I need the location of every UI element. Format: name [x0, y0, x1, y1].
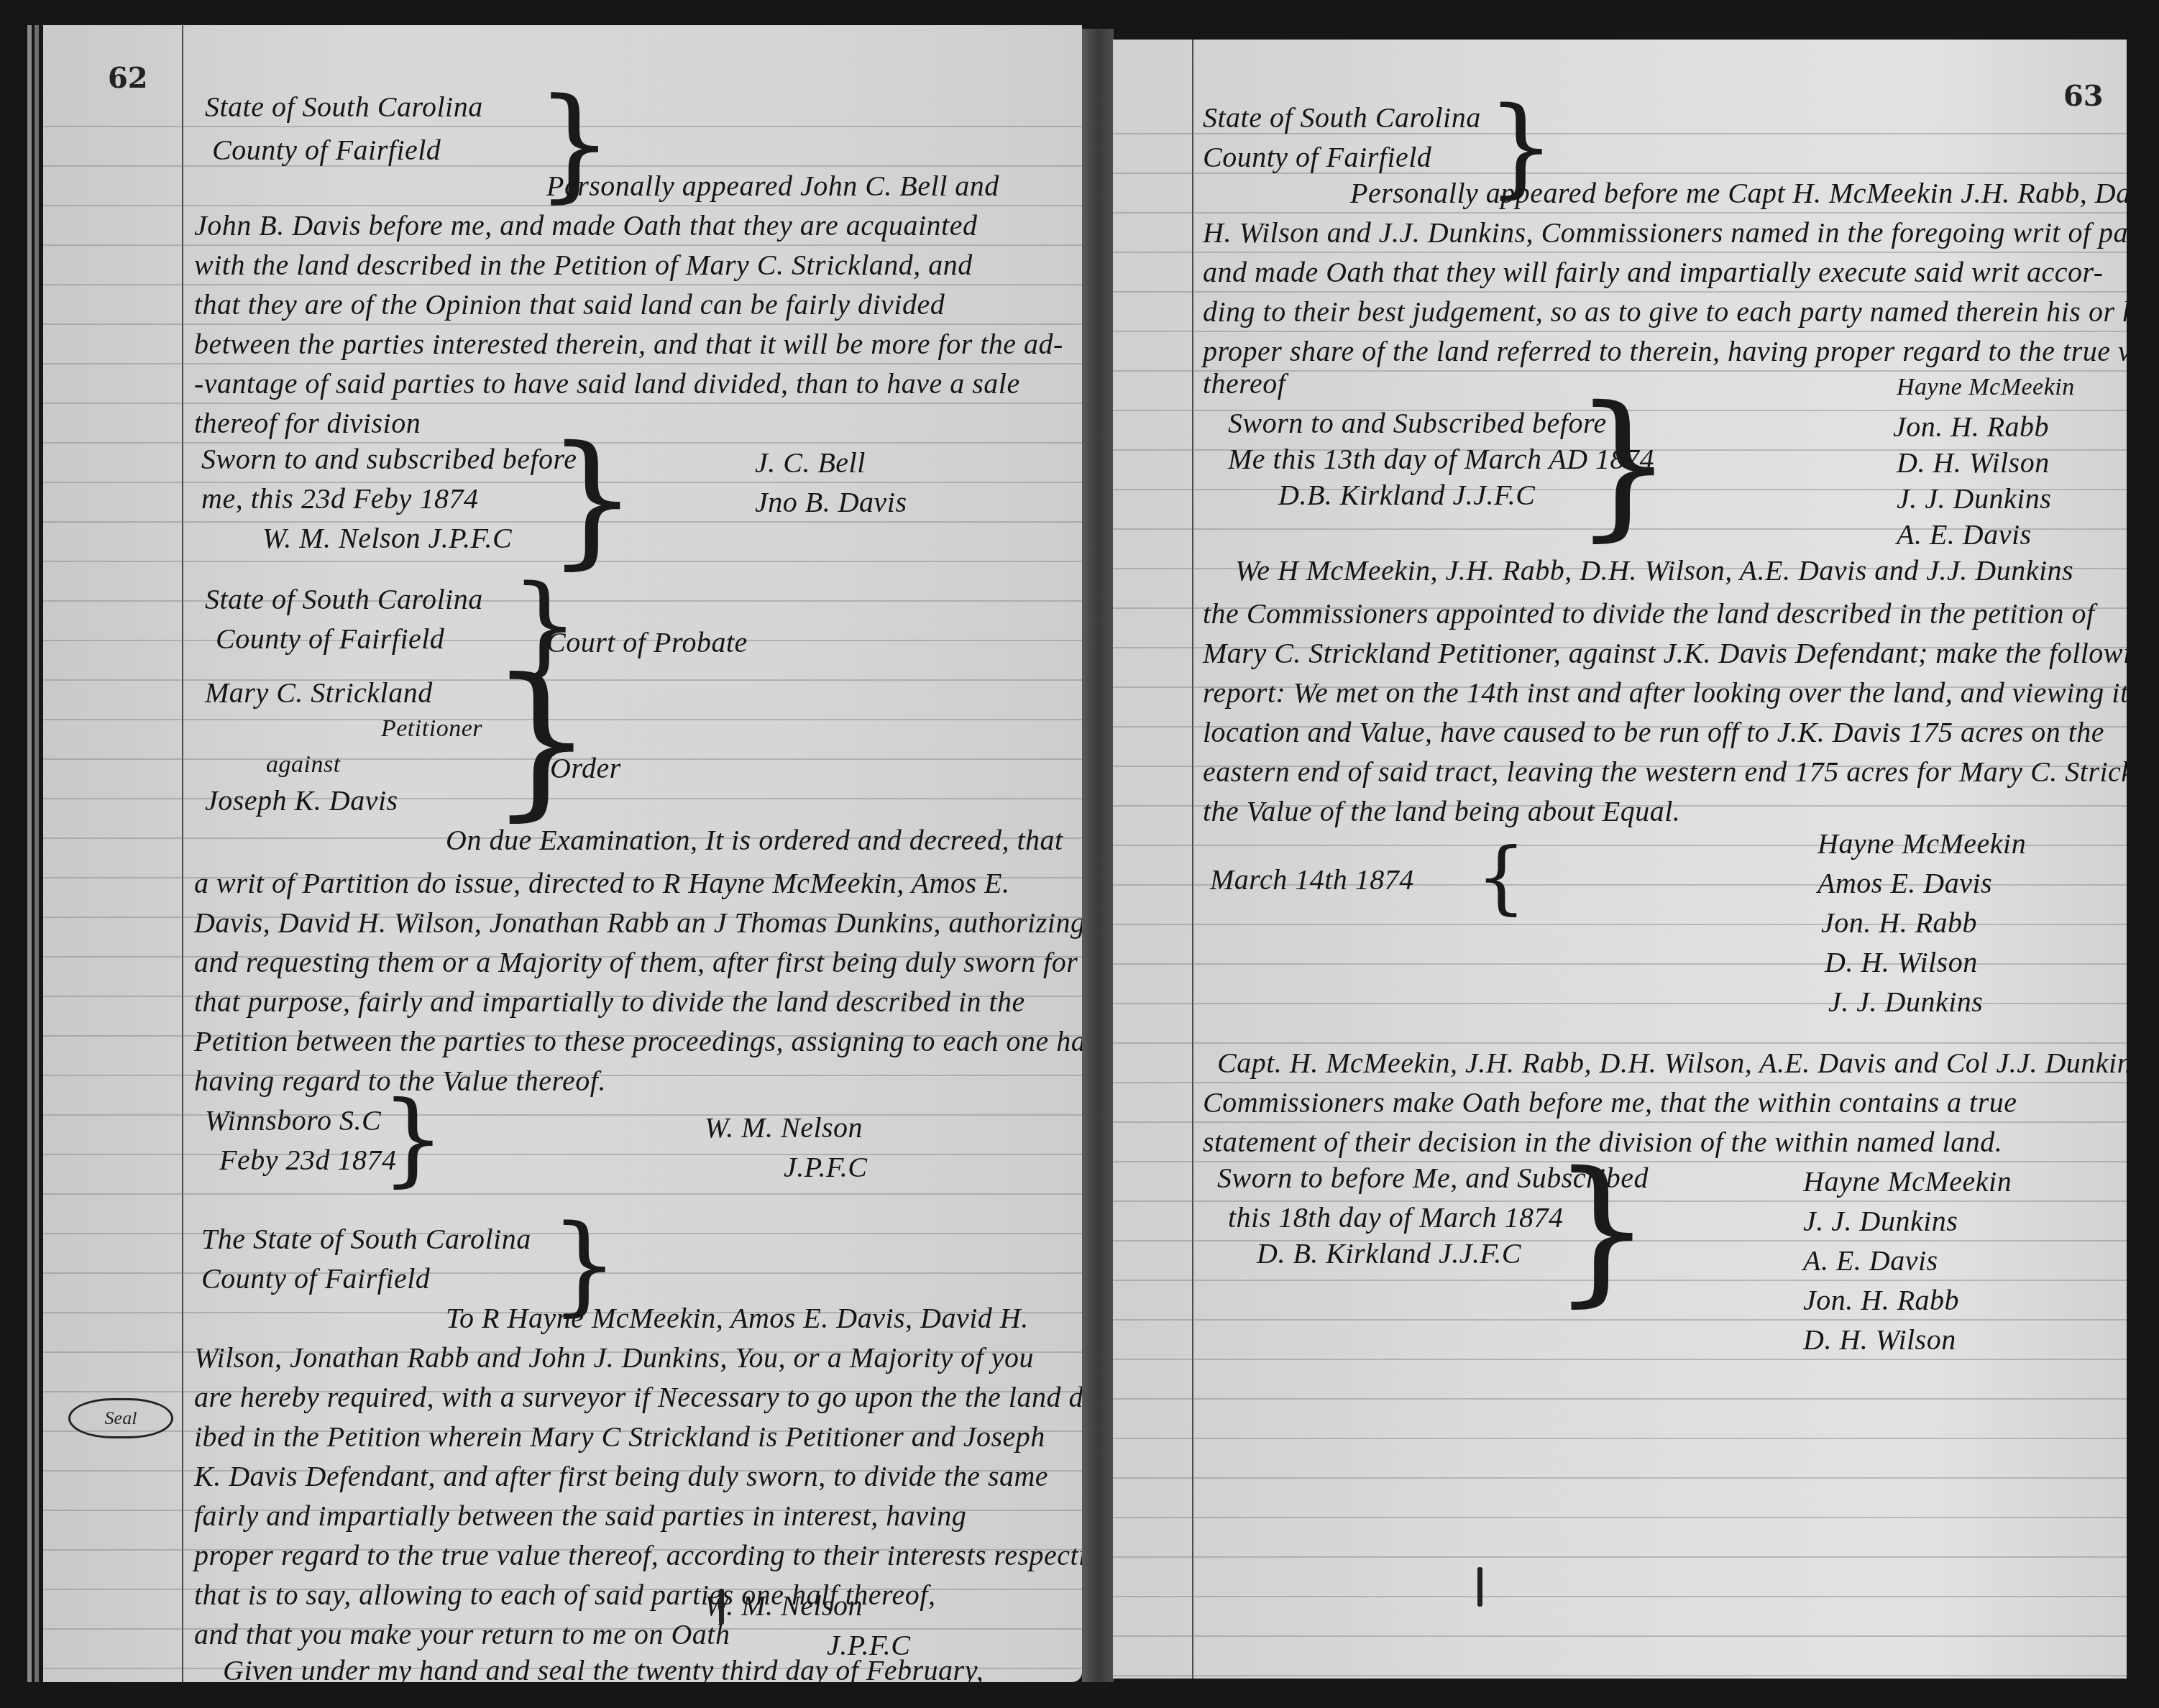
ruled-line — [1113, 1398, 2127, 1400]
text-line: -vantage of said parties to have said la… — [194, 367, 1020, 400]
left-margin-line — [182, 25, 183, 1682]
brace: } — [489, 658, 594, 823]
right-page: 63 State of South Carolina County of Fai… — [1113, 40, 2127, 1679]
ruled-line — [1113, 1121, 2127, 1123]
versus-label: against — [266, 751, 341, 779]
ruled-line — [43, 363, 1082, 364]
left-margin-line — [1192, 40, 1193, 1679]
signature-title: J.P.F.C — [784, 1150, 868, 1184]
jurat-line: this 18th day of March 1874 — [1228, 1200, 1563, 1234]
text-line: Petition between the parties to these pr… — [194, 1024, 1082, 1058]
ruled-line — [1113, 1082, 2127, 1083]
ink-mark — [719, 1589, 724, 1625]
text-line: To R Hayne McMeekin, Amos E. Davis, Davi… — [446, 1301, 1029, 1335]
text-line: that purpose, fairly and impartially to … — [194, 985, 1025, 1019]
text-line: John B. Davis before me, and made Oath t… — [194, 208, 977, 242]
ruled-line — [43, 244, 1082, 246]
ruled-line — [43, 1114, 1082, 1116]
text-line: the Value of the land being about Equal. — [1203, 794, 1680, 828]
caption-state: State of South Carolina — [205, 582, 483, 616]
ruled-line — [1113, 1596, 2127, 1597]
signature: Hayne McMeekin — [1897, 374, 2075, 401]
caption-state: The State of South Carolina — [201, 1222, 531, 1256]
petitioner-role: Petitioner — [381, 715, 482, 743]
text-line: report: We met on the 14th inst and afte… — [1203, 676, 2127, 710]
signature: Hayne McMeekin — [1803, 1165, 2012, 1198]
ruled-line — [1113, 1359, 2127, 1360]
seal-label: Seal — [105, 1408, 137, 1429]
text-line: On due Examination, It is ordered and de… — [446, 823, 1063, 857]
ruled-line — [1113, 1477, 2127, 1479]
ink-mark — [1477, 1567, 1482, 1607]
ruled-line — [43, 1193, 1082, 1195]
text-line: H. Wilson and J.J. Dunkins, Commissioner… — [1203, 216, 2127, 249]
ruled-line — [1113, 1675, 2127, 1676]
text-line: with the land described in the Petition … — [194, 248, 973, 282]
return-date: March 14th 1874 — [1210, 863, 1414, 896]
brace: { — [1476, 837, 1526, 917]
signature: A. E. Davis — [1897, 518, 2032, 551]
text-line: fairly and impartially between the said … — [194, 1499, 966, 1533]
brace: } — [1551, 1150, 1652, 1308]
text-line: eastern end of said tract, leaving the w… — [1203, 755, 2127, 789]
signature: Jno B. Davis — [755, 485, 907, 519]
signature: Amos E. Davis — [1817, 866, 1992, 900]
text-line: Wilson, Jonathan Rabb and John J. Dunkin… — [194, 1341, 1034, 1374]
signature: J. J. Dunkins — [1828, 985, 1983, 1019]
text-line: a writ of Partition do issue, directed t… — [194, 866, 1009, 900]
text-line: thereof for division — [194, 406, 421, 440]
ruled-line — [43, 323, 1082, 325]
defendant-name: Joseph K. Davis — [205, 784, 398, 817]
jurat-line: me, this 23d Feby 1874 — [201, 482, 478, 515]
signature: A. E. Davis — [1803, 1244, 1938, 1277]
jurat-signature: W. M. Nelson J.P.F.C — [262, 521, 512, 555]
signature: Hayne McMeekin — [1817, 827, 2026, 860]
text-line: Commissioners make Oath before me, that … — [1203, 1085, 2017, 1119]
ruled-line — [1113, 1556, 2127, 1558]
writ-signature-title: J.P.F.C — [827, 1628, 911, 1662]
seal-mark: Seal — [68, 1398, 173, 1438]
caption-county: County of Fairfield — [1203, 140, 1431, 174]
jurat-line: Sworn to and subscribed before — [201, 442, 577, 476]
ruled-line — [43, 1154, 1082, 1155]
ruled-line — [1113, 1635, 2127, 1637]
ruled-line — [1113, 331, 2127, 332]
text-line: that they are of the Opinion that said l… — [194, 288, 945, 321]
order-title: Order — [550, 751, 621, 785]
ruled-line — [1113, 291, 2127, 293]
text-line: Capt. H. McMeekin, J.H. Rabb, D.H. Wilso… — [1217, 1046, 2127, 1080]
text-line: proper regard to the true value thereof,… — [194, 1538, 1082, 1572]
jurat-line: Sworn to and Subscribed before — [1228, 406, 1607, 440]
date-line: Feby 23d 1874 — [219, 1143, 396, 1177]
caption-county: County of Fairfield — [216, 622, 444, 656]
signature: Jon. H. Rabb — [1821, 906, 1977, 940]
signature: W. M. Nelson — [705, 1111, 863, 1144]
caption-state: State of South Carolina — [205, 90, 483, 124]
text-line: Davis, David H. Wilson, Jonathan Rabb an… — [194, 906, 1082, 940]
text-line: proper share of the land referred to the… — [1203, 334, 2127, 368]
left-page: 62 State of South Carolina County of Fai… — [43, 25, 1082, 1682]
caption-state: State of South Carolina — [1203, 101, 1481, 134]
place-line: Winnsboro S.C — [205, 1103, 381, 1137]
text-line: K. Davis Defendant, and after first bein… — [194, 1459, 1048, 1493]
text-line: ibed in the Petition wherein Mary C Stri… — [194, 1420, 1045, 1454]
signature: J. J. Dunkins — [1897, 482, 2051, 515]
ruled-line — [43, 403, 1082, 404]
book-spine — [1082, 29, 1114, 1682]
ruled-line — [1113, 1517, 2127, 1518]
ruled-line — [1113, 1042, 2127, 1044]
signature: Jon. H. Rabb — [1803, 1283, 1959, 1317]
jurat-signature: D. B. Kirkland J.J.F.C — [1257, 1236, 1521, 1270]
signature: J. J. Dunkins — [1803, 1204, 1958, 1238]
ruled-line — [1113, 1438, 2127, 1439]
page-number: 62 — [108, 61, 148, 95]
caption-county: County of Fairfield — [212, 133, 441, 167]
brace: } — [546, 428, 638, 571]
text-line: thereof — [1203, 367, 1285, 400]
jurat-signature: D.B. Kirkland J.J.F.C — [1278, 478, 1536, 512]
text-line: Personally appeared John C. Bell and — [546, 169, 999, 203]
brace: } — [381, 1089, 445, 1190]
signature: Jon. H. Rabb — [1893, 410, 2049, 444]
signature: D. H. Wilson — [1825, 945, 1978, 979]
signature: D. H. Wilson — [1803, 1323, 1956, 1356]
text-line: are hereby required, with a surveyor if … — [194, 1380, 1082, 1414]
text-line: Personally appeared before me Capt H. Mc… — [1350, 176, 2127, 210]
brace: } — [1573, 385, 1674, 543]
text-line: the Commissioners appointed to divide th… — [1203, 597, 2095, 630]
page-number: 63 — [2063, 79, 2104, 113]
text-line: Mary C. Strickland Petitioner, against J… — [1203, 636, 2127, 670]
ruled-line — [1113, 252, 2127, 253]
text-line: location and Value, have caused to be ru… — [1203, 715, 2104, 749]
text-line: and that you make your return to me on O… — [194, 1617, 730, 1651]
text-line: between the parties interested therein, … — [194, 327, 1063, 361]
writ-signature: W. M. Nelson — [705, 1589, 863, 1622]
page-stack-edge — [27, 25, 32, 1682]
text-line: We H McMeekin, J.H. Rabb, D.H. Wilson, A… — [1235, 554, 2073, 587]
caption-county: County of Fairfield — [201, 1262, 430, 1295]
text-line: and requesting them or a Majority of the… — [194, 945, 1078, 979]
text-line: and made Oath that they will fairly and … — [1203, 255, 2104, 289]
ruled-line — [1113, 212, 2127, 213]
signature: J. C. Bell — [755, 446, 866, 479]
petitioner-name: Mary C. Strickland — [205, 676, 433, 710]
text-line: ding to their best judgement, so as to g… — [1203, 295, 2127, 329]
ruled-line — [43, 284, 1082, 285]
signature: D. H. Wilson — [1897, 446, 2050, 479]
page-stack-edge — [35, 25, 39, 1682]
